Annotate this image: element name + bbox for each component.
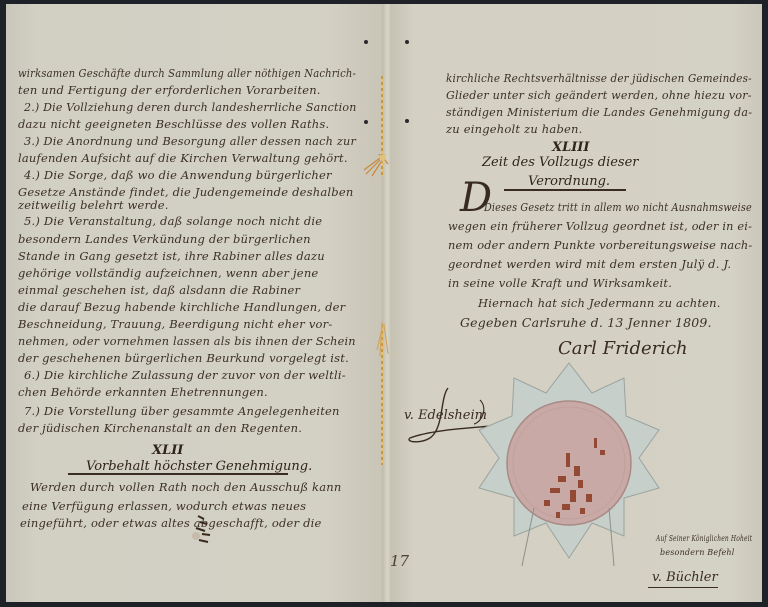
signature-carl-friderich: Carl Friderich — [558, 338, 688, 359]
text-line: der geschehenen bürgerlichen Beurkund vo… — [18, 351, 349, 365]
text-line: eingeführt, oder etwas altes abgeschafft… — [20, 516, 322, 530]
signature-underline — [648, 587, 718, 588]
closing-line: Hiernach hat sich Jedermann zu achten. — [478, 296, 721, 310]
text-line: zeitweilig belehrt werde. — [18, 198, 169, 212]
text-line: ständigen Ministerium die Landes Genehmi… — [446, 105, 752, 119]
text-line: geordnet werden wird mit dem ersten Julÿ… — [448, 257, 731, 271]
text-line: 3.) Die Anordnung und Besorgung aller de… — [24, 134, 356, 148]
countersign-line: besondern Befehl — [660, 548, 735, 557]
text-line: ten und Fertigung der erforderlichen Vor… — [18, 83, 321, 97]
section-title-underline — [68, 473, 288, 475]
decorated-initial: D — [460, 175, 492, 221]
text-line: Dieses Gesetz tritt in allem wo nicht Au… — [484, 200, 752, 214]
text-line: nem oder andern Punkte vorbereitungsweis… — [448, 238, 752, 252]
text-line: nehmen, oder vornehmen lassen als bis ih… — [18, 334, 356, 348]
section-number-xliii: XLIII — [552, 140, 589, 155]
text-line: laufenden Aufsicht auf die Kirchen Verwa… — [18, 151, 348, 165]
thread-knot-lower-icon — [374, 320, 394, 360]
text-line: dazu nicht geeigneten Beschlüsse des vol… — [18, 117, 329, 131]
text-line: 6.) Die kirchliche Zulassung der zuvor v… — [24, 368, 346, 382]
text-line: 7.) Die Vorstellung über gesammte Angele… — [24, 404, 340, 418]
text-line: der jüdischen Kirchenanstalt an den Rege… — [18, 421, 302, 435]
text-line: 4.) Die Sorge, daß wo die Anwendung bürg… — [24, 168, 332, 182]
signature-buchler: v. Büchler — [652, 570, 718, 585]
text-line: besondern Landes Verkündung der bürgerli… — [18, 232, 311, 246]
punch-hole — [364, 40, 368, 44]
section-title-xliii-line1: Zeit des Vollzugs dieser — [482, 155, 639, 170]
section-title-underline — [504, 189, 626, 191]
section-title-xliii-line2: Verordnung. — [528, 174, 610, 189]
wax-seal-icon — [474, 358, 664, 568]
text-line: kirchliche Rechtsverhältnisse der jüdisc… — [446, 71, 752, 85]
text-line: Gesetze Anstände findet, die Judengemein… — [18, 185, 353, 199]
text-line: Stande in Gang gesetzt ist, ihre Rabiner… — [18, 249, 325, 263]
ink-blot-icon — [188, 512, 218, 548]
text-line: die darauf Bezug habende kirchliche Hand… — [18, 300, 345, 314]
text-line: Glieder unter sich geändert werden, ohne… — [446, 88, 752, 102]
punch-hole — [405, 119, 409, 123]
text-line: gehörige vollständig aufzeichnen, wenn a… — [18, 266, 318, 280]
text-line: Beschneidung, Trauung, Beerdigung nicht … — [18, 317, 332, 331]
thread-knot-upper-icon — [360, 150, 400, 180]
text-line: in seine volle Kraft und Wirksamkeit. — [448, 276, 672, 290]
text-line: wegen ein früherer Vollzug geordnet ist,… — [448, 219, 752, 233]
text-line: 5.) Die Veranstaltung, daß solange noch … — [24, 214, 322, 228]
text-line: wirksamen Geschäfte durch Sammlung aller… — [18, 66, 356, 80]
text-line: Werden durch vollen Rath noch den Aussch… — [30, 480, 342, 494]
text-line: zu eingeholt zu haben. — [446, 122, 582, 136]
text-line: einmal geschehen ist, daß alsdann die Ra… — [18, 283, 300, 297]
folio-number: 17 — [390, 552, 409, 570]
text-line: eine Verfügung erlassen, wodurch etwas n… — [22, 499, 306, 513]
section-number-xlii: XLII — [152, 443, 183, 458]
section-title-xlii: Vorbehalt höchster Genehmigung. — [86, 459, 312, 474]
date-line: Gegeben Carlsruhe d. 13 Jenner 1809. — [460, 315, 712, 330]
countersign-line: Auf Seiner Königlichen Hoheit — [656, 534, 752, 543]
punch-hole — [364, 120, 368, 124]
text-line: chen Behörde erkannten Ehetrennungen. — [18, 385, 268, 399]
punch-hole — [405, 40, 409, 44]
text-line: 2.) Die Vollziehung deren durch landeshe… — [24, 100, 357, 114]
